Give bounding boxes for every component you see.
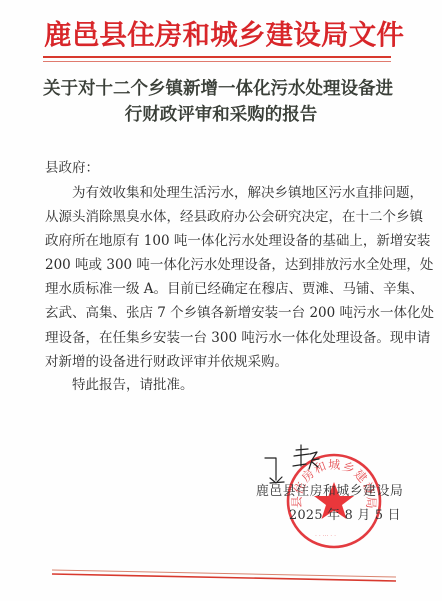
- document-page: 鹿邑县住房和城乡建设局文件 关于对十二个乡镇新增一体化污水处理设备进 行财政评审…: [0, 0, 442, 601]
- body-line: 200 吨或 300 吨一体化污水处理设备，达到排放污水全处理，处: [45, 253, 400, 277]
- letterhead-divider-thick: [43, 56, 391, 58]
- body-line: 为有效收集和处理生活污水，解决乡镇地区污水直排问题，: [45, 181, 400, 205]
- body-line: 玄武、高集、张店 7 个乡镇各新增安装一台 200 吨污水一体化处: [45, 301, 400, 325]
- body-line: 理水质标准一级 A。目前已经确定在穆店、贾滩、马铺、辛集、: [45, 277, 400, 301]
- body-line: 从源头消除黑臭水体，经县政府办公会研究决定，在十二个乡镇: [45, 205, 400, 229]
- document-date: 2025 年 8 月 5 日: [289, 506, 401, 526]
- body-line: 理设备，在任集乡安装一台 300 吨污水一体化处理设备。现申请: [45, 326, 400, 350]
- svg-text:· · ··· · ·: · · ··· · ·: [315, 533, 336, 540]
- salutation: 县政府：: [45, 157, 99, 179]
- document-title-line-1: 关于对十二个乡镇新增一体化污水处理设备进: [0, 78, 439, 100]
- closing-line: 特此报告，请批准。: [72, 374, 194, 396]
- body-line: 政府所在地原有 100 吨一体化污水处理设备的基础上，新增安装: [45, 229, 400, 253]
- sender-organization: 鹿邑县住房和城乡建设局: [256, 482, 403, 502]
- footer-divider: [50, 565, 400, 587]
- document-title-line-2: 行财政评审和采购的报告: [0, 104, 442, 126]
- body-line: 对新增的设备进行财政评审并依规采购。: [45, 350, 400, 374]
- letterhead-divider-thin: [43, 61, 391, 62]
- letterhead-title: 鹿邑县住房和城乡建设局文件: [44, 17, 394, 53]
- body-paragraph: 为有效收集和处理生活污水，解决乡镇地区污水直排问题， 从源头消除黑臭水体，经县政…: [45, 181, 400, 374]
